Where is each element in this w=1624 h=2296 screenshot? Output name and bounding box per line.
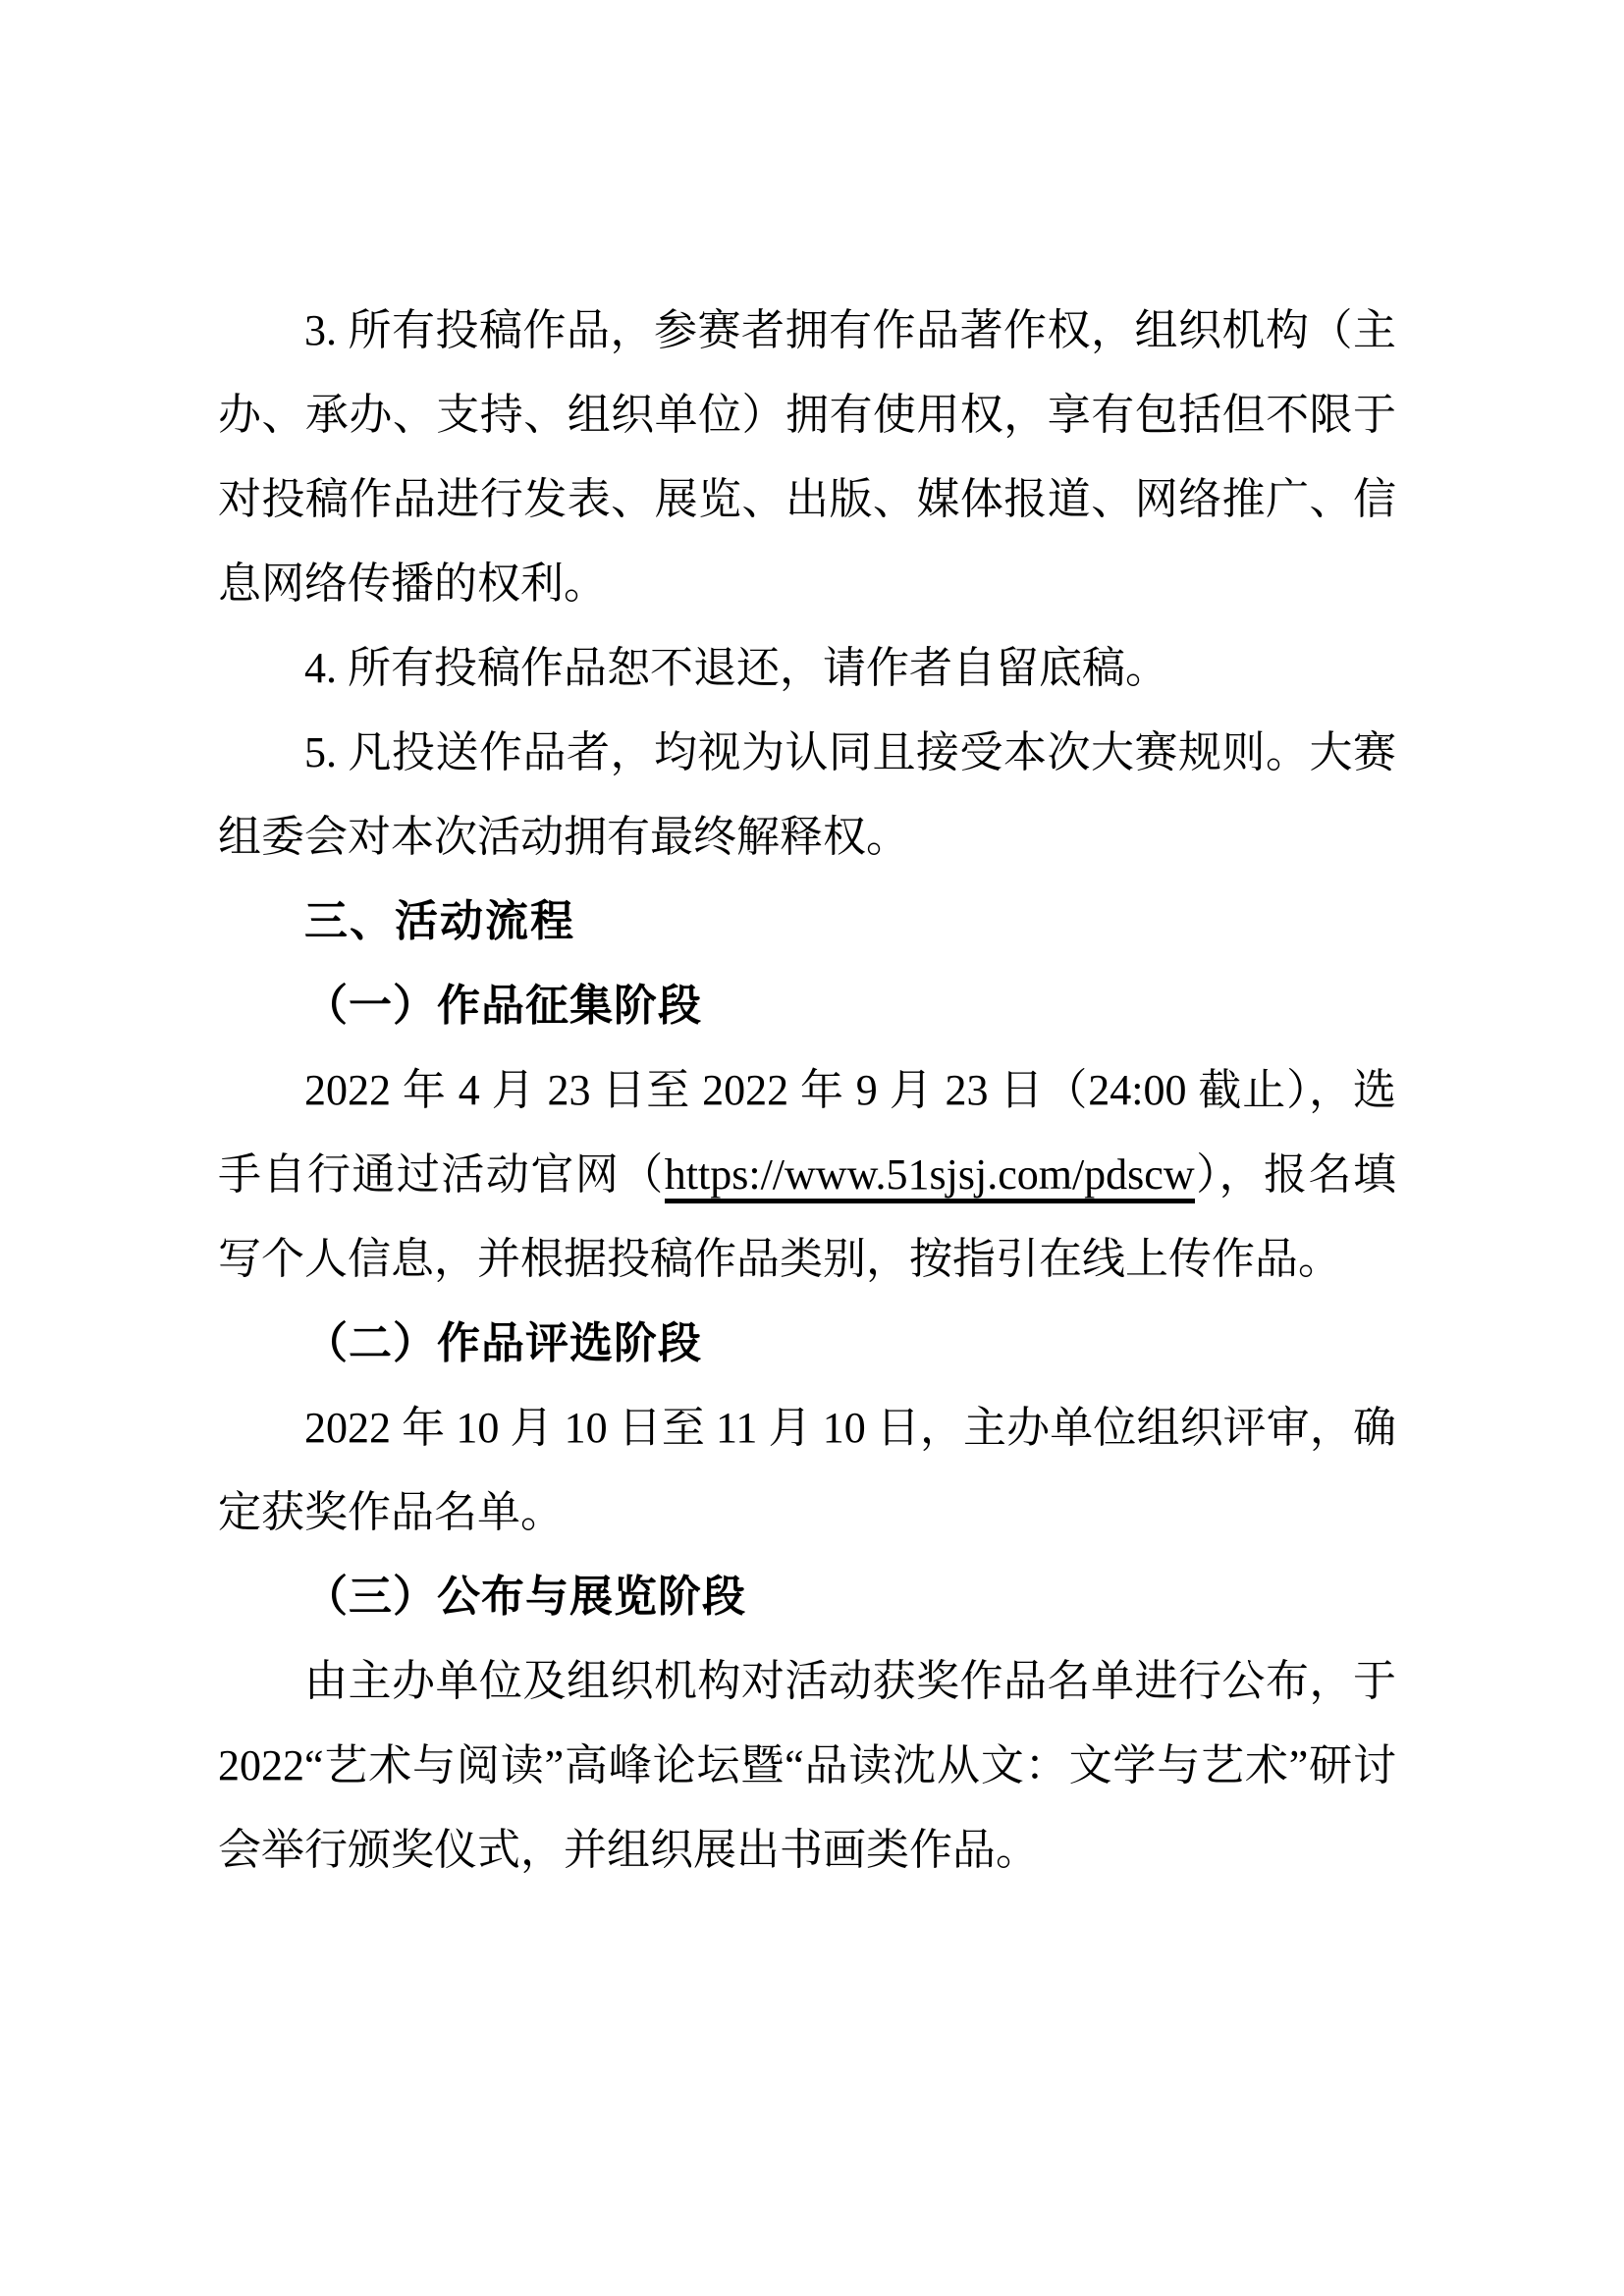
document-body: 3. 所有投稿作品，参赛者拥有作品著作权，组织机构（主办、承办、支持、组织单位）… bbox=[218, 289, 1396, 1893]
document-page: 3. 所有投稿作品，参赛者拥有作品著作权，组织机构（主办、承办、支持、组织单位）… bbox=[0, 0, 1624, 2296]
official-website-link[interactable]: https://www.51sjsj.com/pdscw bbox=[665, 1150, 1195, 1203]
stage-2-selection-heading: （二）作品评选阶段 bbox=[218, 1302, 1396, 1386]
stage-2-selection-paragraph: 2022 年 10 月 10 日至 11 月 10 日，主办单位组织评审，确定获… bbox=[218, 1386, 1396, 1555]
stage-3-announcement-heading: （三）公布与展览阶段 bbox=[218, 1555, 1396, 1639]
stage-1-collection-paragraph: 2022 年 4 月 23 日至 2022 年 9 月 23 日（24:00 截… bbox=[218, 1048, 1396, 1302]
stage-1-collection-heading: （一）作品征集阶段 bbox=[218, 964, 1396, 1048]
clause-4-paragraph: 4. 所有投稿作品恕不退还，请作者自留底稿。 bbox=[218, 626, 1396, 711]
stage-3-announcement-paragraph: 由主办单位及组织机构对活动获奖作品名单进行公布，于 2022“艺术与阅读”高峰论… bbox=[218, 1639, 1396, 1893]
clause-3-paragraph: 3. 所有投稿作品，参赛者拥有作品著作权，组织机构（主办、承办、支持、组织单位）… bbox=[218, 289, 1396, 626]
clause-5-paragraph: 5. 凡投送作品者，均视为认同且接受本次大赛规则。大赛组委会对本次活动拥有最终解… bbox=[218, 711, 1396, 880]
section-3-heading: 三、活动流程 bbox=[218, 880, 1396, 964]
